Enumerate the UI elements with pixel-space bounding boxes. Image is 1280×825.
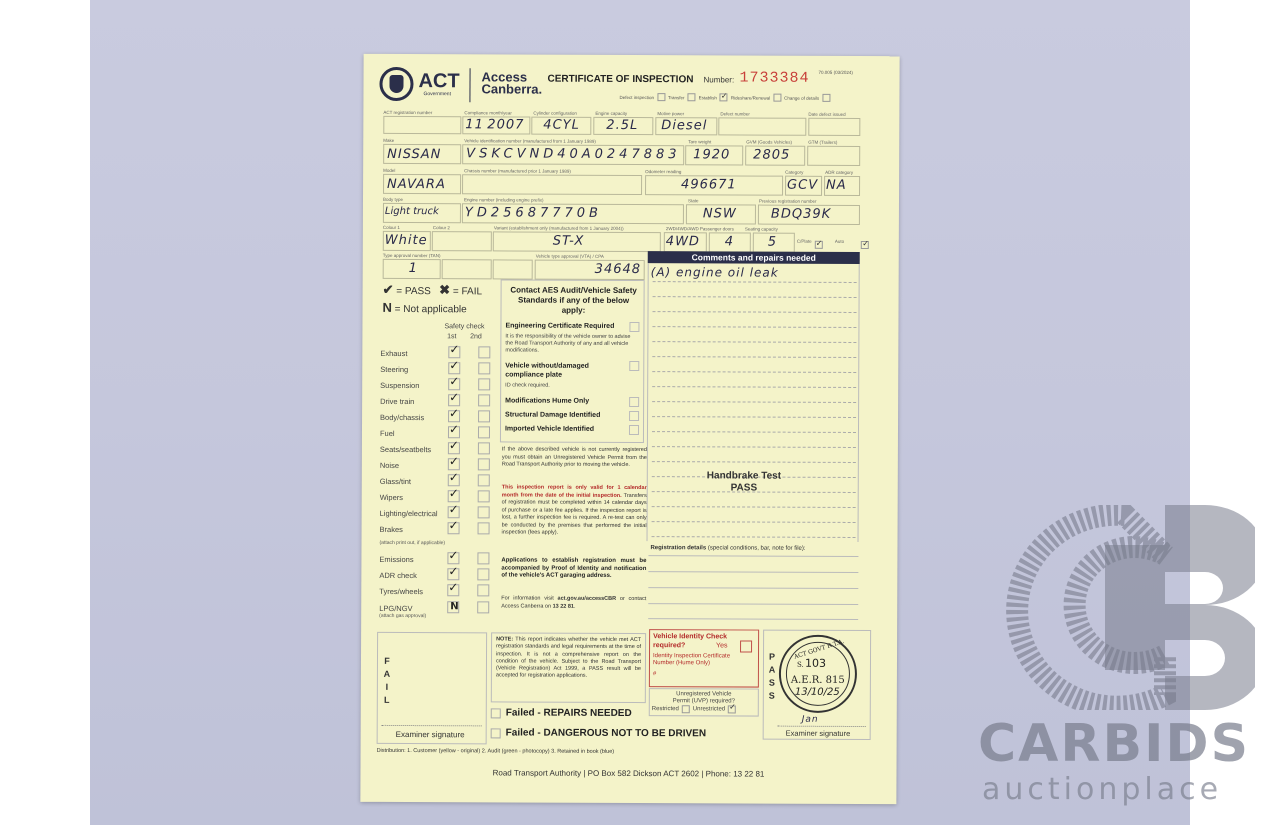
- pass-check-icon: ✔: [383, 282, 394, 297]
- registration-details-label: Registration details (special conditions…: [650, 545, 805, 552]
- check-row-exhaust: Exhaust✓: [380, 346, 495, 361]
- certificate-title: CERTIFICATE OF INSPECTION: [548, 74, 694, 86]
- header-divider: [469, 68, 470, 102]
- check-row-tyres: Tyres/wheels✓: [379, 584, 494, 599]
- uvp-box: Unregistered Vehicle Permit (UVP) requir…: [649, 688, 759, 716]
- compliance-plate-checkbox[interactable]: [629, 361, 639, 371]
- mods-hume-checkbox[interactable]: [629, 397, 639, 407]
- check-row-noise: Noise✓: [380, 458, 495, 473]
- check-row-fuel: Fuel✓: [380, 426, 495, 441]
- pass-vertical-label: PASS: [767, 651, 777, 703]
- info-link[interactable]: act.gov.au/accessCBR: [557, 596, 616, 602]
- act-logo: ACT: [418, 70, 459, 93]
- act-reg-field[interactable]: [383, 116, 461, 134]
- number-label: Number:: [704, 75, 735, 84]
- act-government-label: Government: [423, 91, 451, 97]
- note-box: NOTE: This report indicates whether the …: [491, 632, 646, 703]
- auto-checkbox[interactable]: [861, 241, 869, 249]
- vic-yes-checkbox[interactable]: [740, 640, 752, 652]
- watermark-tagline: auctionplace: [982, 772, 1222, 807]
- transfer-checkbox[interactable]: [688, 93, 696, 101]
- tan-field-2[interactable]: [442, 259, 492, 279]
- check-row-steering: Steering✓: [380, 362, 495, 377]
- check-row-seats: Seats/seatbelts✓: [380, 442, 495, 457]
- carbids-logo-icon: [985, 505, 1255, 710]
- validity-notice: This inspection report is only valid for…: [502, 484, 647, 537]
- date-defect-field[interactable]: [808, 118, 860, 136]
- gtm-field[interactable]: [807, 146, 860, 166]
- rta-stamp: ACT GOVT R.T.A. S. 103 A.E.R. 815 13/10/…: [779, 635, 857, 713]
- result-legend: ✔ = PASS ✖ = FAIL N = Not applicable: [382, 282, 482, 315]
- establish-checkbox[interactable]: [720, 93, 728, 101]
- cplate-checkbox[interactable]: [815, 241, 823, 249]
- change-of-details-checkbox[interactable]: [822, 94, 830, 102]
- access-canberra-logo: Access Canberra.: [481, 71, 542, 95]
- inspection-certificate: ACT Government Access Canberra. CERTIFIC…: [360, 54, 899, 804]
- tan-field-3[interactable]: [493, 259, 533, 279]
- failed-repairs-option[interactable]: Failed - REPAIRS NEEDED: [491, 707, 632, 719]
- certificate-number: 1733384: [739, 69, 809, 86]
- check-row-body-chassis: Body/chassis✓: [380, 410, 495, 425]
- rideshare-renewal-checkbox[interactable]: [773, 94, 781, 102]
- check-row-glass: Glass/tint✓: [380, 474, 495, 489]
- fail-cross-icon: ✖: [439, 282, 450, 297]
- chassis-field[interactable]: [462, 174, 642, 195]
- footer-address: Road Transport Authority | PO Box 582 Di…: [360, 768, 896, 779]
- check-row-lighting: Lighting/electrical✓: [380, 506, 495, 521]
- check-row-adr: ADR check✓: [379, 568, 494, 583]
- act-crest-icon: [379, 67, 413, 101]
- check-row-brakes: Brakes✓: [380, 522, 495, 537]
- eng-cert-checkbox[interactable]: [629, 322, 639, 332]
- failed-dangerous-checkbox[interactable]: [491, 728, 501, 738]
- check-row-suspension: Suspension✓: [380, 378, 495, 393]
- imported-vehicle-checkbox[interactable]: [629, 425, 639, 435]
- comments-area[interactable]: (A) engine oil leak: [647, 263, 860, 542]
- aes-contact-box: Contact AES Audit/Vehicle Safety Standar…: [500, 279, 645, 443]
- information-notice: For information visit act.gov.au/accessC…: [501, 595, 646, 611]
- check-row-wipers: Wipers✓: [380, 490, 495, 505]
- unregistered-notice: If the above described vehicle is not cu…: [502, 446, 647, 469]
- applications-notice: Applications to establish registration m…: [501, 557, 646, 580]
- defect-number-field[interactable]: [718, 117, 806, 135]
- comments-header: Comments and repairs needed: [648, 251, 860, 264]
- fail-signature-box: FAIL Examiner signature: [377, 632, 487, 744]
- safety-check-header: Safety check 1st 2nd: [444, 322, 484, 342]
- watermark-brand: CARBIDS: [978, 714, 1250, 774]
- failed-dangerous-option[interactable]: Failed - DANGEROUS NOT TO BE DRIVEN: [491, 727, 706, 739]
- handbrake-test-stamp: Handbrake Test PASS: [707, 470, 781, 494]
- check-row-drive-train: Drive train✓: [380, 394, 495, 409]
- vehicle-identity-check-box: Vehicle Identity Check required? Yes Ide…: [649, 629, 759, 687]
- check-row-emissions: Emissions✓: [379, 552, 494, 567]
- failed-repairs-checkbox[interactable]: [491, 708, 501, 718]
- colour2-field[interactable]: [432, 231, 492, 251]
- fail-vertical-label: FAIL: [382, 655, 392, 707]
- inspection-type-options: Defect inspection Transfer Establish Rid…: [619, 93, 830, 102]
- restricted-checkbox[interactable]: [682, 705, 690, 713]
- structural-damage-checkbox[interactable]: [629, 411, 639, 421]
- form-code: 70.005 (03/2024): [819, 70, 853, 75]
- unrestricted-checkbox[interactable]: [728, 705, 736, 713]
- defect-inspection-checkbox[interactable]: [657, 93, 665, 101]
- distribution-note: Distribution: 1. Customer (yellow - orig…: [377, 748, 615, 755]
